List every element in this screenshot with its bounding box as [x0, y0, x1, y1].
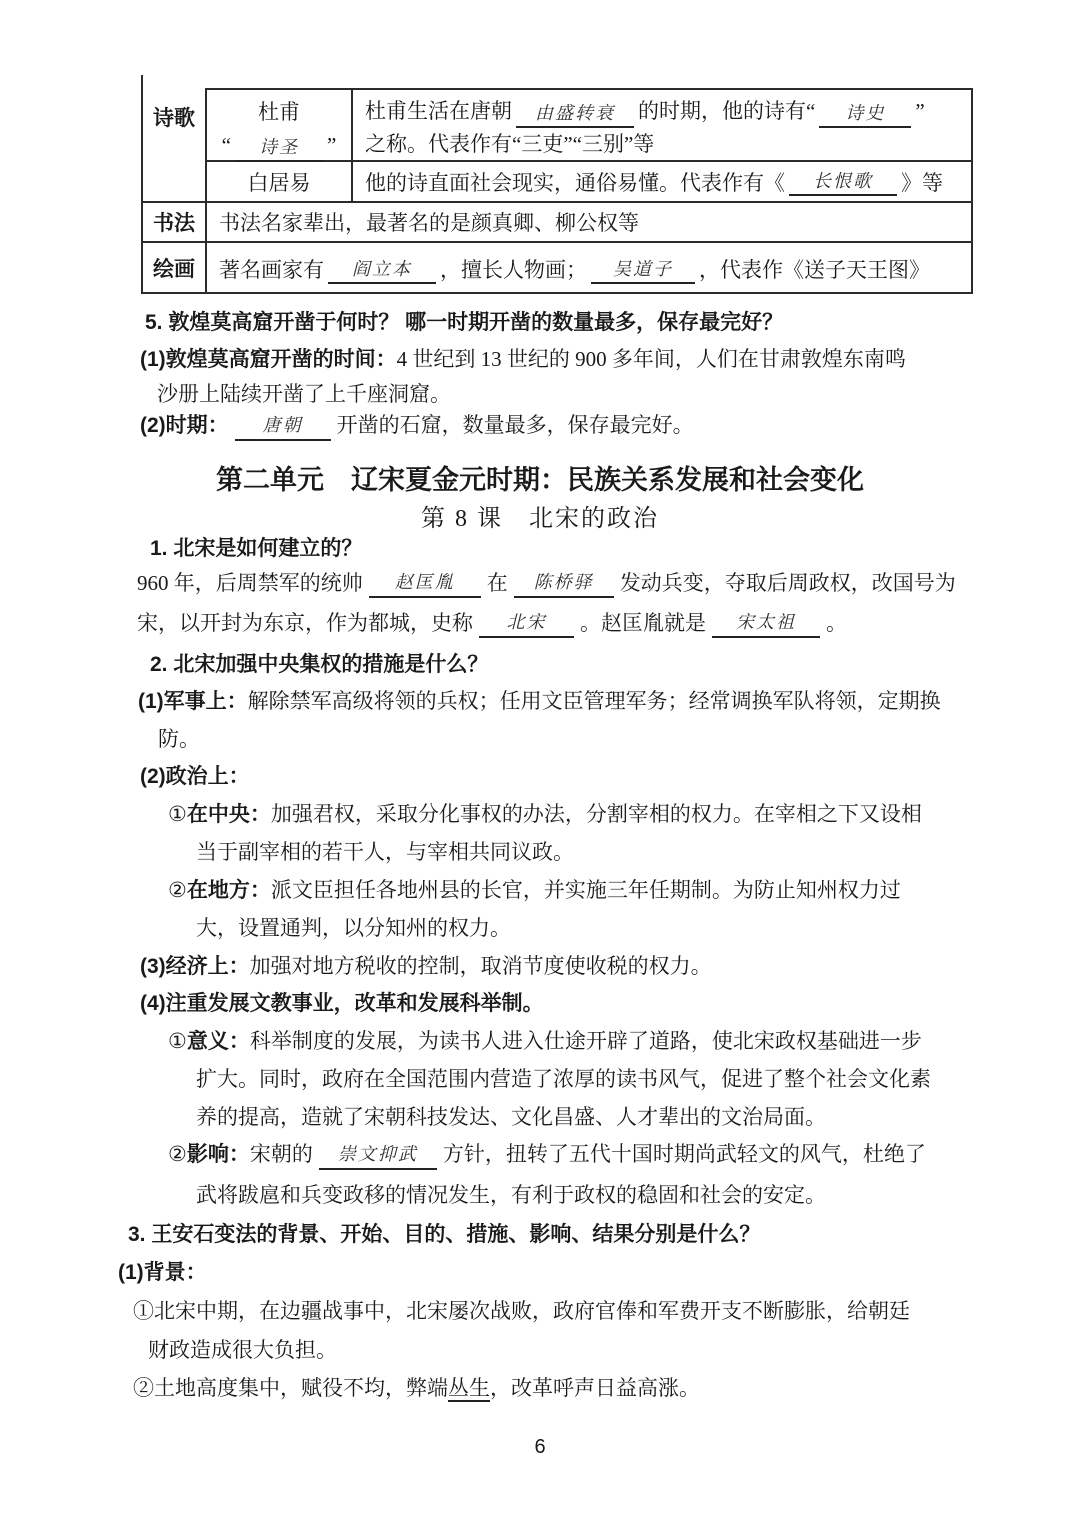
q3-background-label: (1)背景：	[118, 1258, 207, 1288]
item-label: 影响：	[187, 1143, 250, 1166]
answer-blank: 诗圣	[235, 134, 323, 162]
item-number: ②	[168, 878, 187, 902]
row-label: 诗歌	[153, 107, 195, 130]
handwritten-answer: 诗圣	[259, 137, 299, 158]
q2-measure4a-line2: 扩大。同时，政府在全国范围内营造了浓厚的读书风气，促进了整个社会文化素	[196, 1064, 931, 1094]
page-number: 6	[0, 1436, 1080, 1459]
cell-baijuyi: 白居易	[207, 162, 353, 203]
q5-answer1-line2: 沙册上陆续开凿了上千座洞窟。	[157, 379, 451, 409]
q2-measure1-line1: (1)军事上：解除禁军高级将领的兵权；任用文臣管理军务；经常调换军队将领，定期换	[138, 686, 941, 717]
handwritten-answer: 阎立本	[352, 259, 412, 280]
text-run: ，改革呼声日益高涨。	[490, 1376, 700, 1400]
text-run: 著名画家有	[219, 254, 324, 284]
answer-blank: 阎立本	[328, 256, 436, 284]
answer-blank: 宋太祖	[712, 608, 820, 638]
cell-dufu-desc: 杜甫生活在唐朝由盛转衰的时期，他的诗有“诗史” 之称。代表作有“三吏”“三别”等	[353, 88, 973, 162]
answer-blank: 唐朝	[235, 411, 331, 441]
text-run: 方针，扭转了五代十国时期尚武轻文的风气，杜绝了	[443, 1142, 926, 1166]
item-number: ①	[133, 1299, 154, 1323]
cell-painting-desc: 著名画家有阎立本，擅长人物画；吴道子，代表作《送子天王图》	[207, 243, 973, 294]
dufu-desc-line2: 之称。代表作有“三吏”“三别”等	[365, 128, 971, 161]
table-row-label-calligraphy: 书法	[141, 203, 207, 243]
q5-answer2: (2)时期：唐朝开凿的石窟，数量最多，保存最完好。	[140, 410, 694, 441]
text-run: 杜甫生活在唐朝	[365, 99, 512, 123]
q5-title: 5. 敦煌莫高窟开凿于何时？ 哪一时期开凿的数量最多，保存最完好？	[145, 308, 783, 338]
text-run: ，擅长人物画；	[440, 254, 587, 284]
text-run: 土地高度集中，赋役不均，弊端	[154, 1376, 448, 1400]
answer-blank: 吴道子	[591, 256, 695, 284]
answer-blank: 诗史	[819, 100, 911, 128]
poet-name: 白居易	[248, 167, 311, 197]
text-run: 书法名家辈出，最著名的是颜真卿、柳公权等	[219, 207, 639, 237]
handwritten-answer: 北宋	[507, 612, 547, 633]
handwritten-answer: 长恨歌	[813, 171, 873, 192]
item-number: ①	[168, 802, 187, 826]
underlined-term: 丛生	[448, 1376, 490, 1402]
text-run: 》等	[901, 167, 943, 197]
q2-measure3: (3)经济上：加强对地方税收的控制，取消节度使收税的权力。	[140, 951, 712, 982]
q2-measure4b-line2: 武将跋扈和兵变政移的情况发生，有利于政权的稳固和社会的安定。	[196, 1180, 826, 1210]
answer-blank: 赵匡胤	[369, 568, 481, 598]
text-run: 的时期，他的诗有“	[638, 99, 815, 123]
q2-measure2b-line2: 大，设置通判，以分知州的权力。	[196, 913, 511, 943]
item-number: ②	[168, 1142, 187, 1166]
item-label: 在中央：	[187, 803, 271, 826]
answer-label: (1)敦煌莫高窟开凿的时间：	[140, 348, 397, 371]
q2-measure2-label: (2)政治上：	[140, 762, 250, 792]
scanned-worksheet-page: 诗歌 杜甫 “诗圣” 杜甫生活在唐朝由盛转衰的时期，他的诗有“诗史” 之称。代表…	[0, 0, 1080, 1528]
text-run: 科举制度的发展，为读书人进入仕途开辟了道路，使北宋政权基础进一步	[250, 1029, 922, 1053]
item-label: 在地方：	[187, 879, 271, 902]
answer-label: (2)时期：	[140, 414, 229, 437]
handwritten-answer: 宋太祖	[736, 612, 796, 633]
item-number: ①	[168, 1029, 187, 1053]
handwritten-answer: 吴道子	[613, 259, 673, 280]
q2-measure1-line2: 防。	[158, 724, 200, 754]
text-run: 解除禁军高级将领的兵权；任用文臣管理军务；经常调换军队将领，定期换	[248, 689, 941, 713]
answer-blank: 北宋	[479, 608, 574, 638]
q3-bg1-line2: 财政造成很大负担。	[148, 1335, 337, 1365]
q2-measure4a-line3: 养的提高，造就了宋朝科技发达、文化昌盛、人才辈出的文治局面。	[196, 1102, 826, 1132]
row-label: 绘画	[153, 253, 195, 283]
q2-measure2a-line1: ①在中央：加强君权，采取分化事权的办法，分割宰相的权力。在宰相之下又设相	[168, 799, 922, 830]
handwritten-answer: 陈桥驿	[534, 572, 594, 593]
q1-title: 1. 北宋是如何建立的？	[150, 534, 362, 564]
q1-line1: 960 年，后周禁军的统帅赵匡胤在陈桥驿发动兵变，夺取后周政权，改国号为	[137, 568, 956, 598]
text-run: 北宋中期，在边疆战事中，北宋屡次战败，政府官俸和军费开支不断膨胀，给朝廷	[154, 1299, 910, 1323]
q2-measure2a-line2: 当于副宰相的若干人，与宰相共同议政。	[196, 837, 574, 867]
quote-open: “	[222, 133, 231, 157]
handwritten-answer: 赵匡胤	[395, 572, 455, 593]
q5-answer1-line1: (1)敦煌莫高窟开凿的时间：4 世纪到 13 世纪的 900 多年间，人们在甘肃…	[140, 344, 906, 375]
measure-label: (3)经济上：	[140, 955, 250, 978]
text-run: 他的诗直面社会现实，通俗易懂。代表作有《	[365, 167, 785, 197]
q2-measure4-label: (4)注重发展文教事业，改革和发展科举制。	[140, 989, 544, 1019]
text-run: 在	[487, 571, 508, 595]
cell-calligraphy-desc: 书法名家辈出，最著名的是颜真卿、柳公权等	[207, 203, 973, 243]
cell-dufu: 杜甫 “诗圣”	[207, 88, 353, 162]
handwritten-answer: 由盛转衰	[535, 103, 615, 124]
text-run: 派文臣担任各地州县的长官，并实施三年任期制。为防止知州权力过	[271, 878, 901, 902]
unit-heading: 第二单元 辽宋夏金元时期：民族关系发展和社会变化	[0, 458, 1080, 497]
text-run: 发动兵变，夺取后周政权，改国号为	[620, 571, 956, 595]
text-run: ，代表作《送子天王图》	[699, 254, 930, 284]
tang-culture-table: 诗歌 杜甫 “诗圣” 杜甫生活在唐朝由盛转衰的时期，他的诗有“诗史” 之称。代表…	[141, 88, 973, 294]
text-run: 。	[826, 611, 847, 635]
dufu-desc-line1: 杜甫生活在唐朝由盛转衰的时期，他的诗有“诗史”	[365, 95, 971, 128]
text-run: ”	[915, 99, 924, 123]
table-row-label-poetry: 诗歌	[141, 88, 207, 203]
answer-blank: 崇文抑武	[319, 1140, 437, 1170]
answer-blank: 由盛转衰	[516, 100, 634, 128]
q2-title: 2. 北宋加强中央集权的措施是什么？	[150, 650, 488, 680]
text-run: 加强君权，采取分化事权的办法，分割宰相的权力。在宰相之下又设相	[271, 802, 922, 826]
quote-close: ”	[327, 133, 336, 157]
row-label: 书法	[153, 207, 195, 237]
item-label: 意义：	[187, 1030, 250, 1053]
answer-blank: 陈桥驿	[514, 568, 614, 598]
cell-baijuyi-desc: 他的诗直面社会现实，通俗易懂。代表作有《长恨歌》等	[353, 162, 973, 203]
q2-measure4b-line1: ②影响：宋朝的崇文抑武方针，扭转了五代十国时期尚武轻文的风气，杜绝了	[168, 1139, 926, 1170]
answer-blank: 长恨歌	[789, 168, 897, 196]
text-run: 宋朝的	[250, 1142, 313, 1166]
q2-measure4a-line1: ①意义：科举制度的发展，为读书人进入仕途开辟了道路，使北宋政权基础进一步	[168, 1026, 922, 1057]
q3-bg2: ②土地高度集中，赋役不均，弊端丛生，改革呼声日益高涨。	[133, 1373, 700, 1403]
q3-bg1-line1: ①北宋中期，在边疆战事中，北宋屡次战败，政府官俸和军费开支不断膨胀，给朝廷	[133, 1296, 910, 1326]
text-run: 宋，以开封为东京，作为都城，史称	[137, 611, 473, 635]
text-run: 。赵匡胤就是	[580, 611, 706, 635]
handwritten-answer: 唐朝	[263, 415, 303, 436]
q3-title: 3. 王安石变法的背景、开始、目的、措施、影响、结果分别是什么？	[128, 1220, 760, 1250]
handwritten-answer: 诗史	[845, 103, 885, 124]
table-row-label-painting: 绘画	[141, 243, 207, 294]
handwritten-answer: 崇文抑武	[338, 1144, 418, 1165]
poet-title-line: “诗圣”	[207, 129, 351, 162]
text-run: 加强对地方税收的控制，取消节度使收税的权力。	[250, 954, 712, 978]
text-run: 4 世纪到 13 世纪的 900 多年间，人们在甘肃敦煌东南鸣	[397, 347, 906, 371]
item-number: ②	[133, 1376, 154, 1400]
text-run: 开凿的石窟，数量最多，保存最完好。	[337, 413, 694, 437]
lesson-heading: 第 8 课 北宋的政治	[0, 498, 1080, 533]
q2-measure2b-line1: ②在地方：派文臣担任各地州县的长官，并实施三年任期制。为防止知州权力过	[168, 875, 901, 906]
q1-line2: 宋，以开封为东京，作为都城，史称北宋。赵匡胤就是宋太祖。	[137, 608, 847, 638]
measure-label: (1)军事上：	[138, 690, 248, 713]
poet-name: 杜甫	[207, 96, 351, 129]
text-run: 960 年，后周禁军的统帅	[137, 571, 363, 595]
